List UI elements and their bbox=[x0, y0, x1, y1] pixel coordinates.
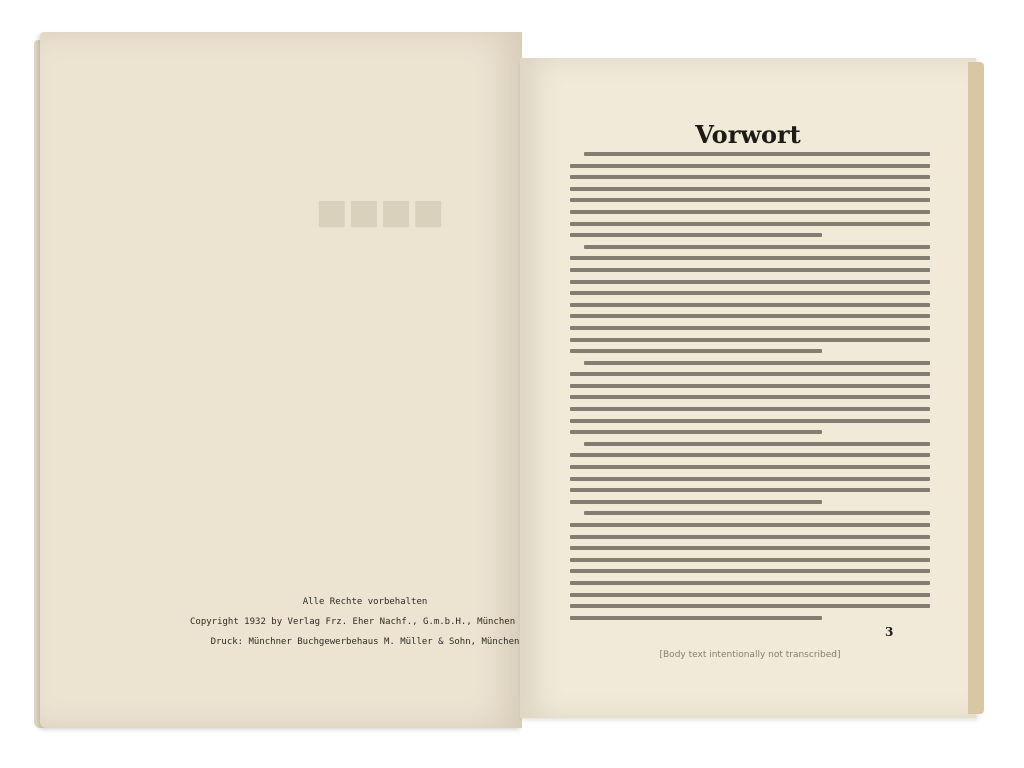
text-line bbox=[570, 500, 822, 504]
text-line bbox=[570, 303, 930, 307]
copyright-line: Copyright 1932 by Verlag Frz. Eher Nachf… bbox=[190, 617, 540, 627]
text-line bbox=[584, 245, 930, 249]
left-page: ■■■■ Alle Rechte vorbehalten Copyright 1… bbox=[40, 32, 522, 728]
text-line bbox=[570, 558, 930, 562]
text-line bbox=[570, 535, 930, 539]
text-line bbox=[570, 210, 930, 214]
text-line bbox=[570, 384, 930, 388]
text-line bbox=[584, 152, 930, 156]
text-line bbox=[570, 477, 930, 481]
text-line bbox=[570, 233, 822, 237]
text-line bbox=[570, 616, 822, 620]
text-line bbox=[570, 488, 930, 492]
imprint-block: Alle Rechte vorbehalten Copyright 1932 b… bbox=[190, 597, 540, 657]
text-line bbox=[570, 349, 822, 353]
text-line bbox=[570, 465, 930, 469]
text-line bbox=[584, 442, 930, 446]
text-line bbox=[570, 338, 930, 342]
text-line bbox=[570, 581, 930, 585]
bleed-through-title: ■■■■ bbox=[230, 192, 530, 232]
text-line bbox=[570, 407, 930, 411]
body-text-placeholder bbox=[570, 152, 930, 627]
text-line bbox=[570, 395, 930, 399]
page-heading: Vorwort bbox=[520, 120, 976, 149]
text-line bbox=[570, 198, 930, 202]
text-line bbox=[570, 314, 930, 318]
text-line bbox=[570, 164, 930, 168]
placeholder-note: [Body text intentionally not transcribed… bbox=[570, 650, 930, 660]
page-number: 3 bbox=[885, 625, 893, 639]
text-line bbox=[570, 419, 930, 423]
text-line bbox=[584, 511, 930, 515]
text-line bbox=[584, 361, 930, 365]
text-line bbox=[570, 256, 930, 260]
right-page-edge bbox=[968, 62, 984, 714]
text-line bbox=[570, 291, 930, 295]
text-line bbox=[570, 280, 930, 284]
text-line bbox=[570, 569, 930, 573]
text-line bbox=[570, 604, 930, 608]
text-line bbox=[570, 222, 930, 226]
text-line bbox=[570, 175, 930, 179]
text-line bbox=[570, 523, 930, 527]
printer-line: Druck: Münchner Buchgewerbehaus M. Mülle… bbox=[190, 637, 540, 647]
text-line bbox=[570, 593, 930, 597]
text-line bbox=[570, 187, 930, 191]
text-line bbox=[570, 546, 930, 550]
text-line bbox=[570, 453, 930, 457]
rights-line: Alle Rechte vorbehalten bbox=[190, 597, 540, 607]
text-line bbox=[570, 326, 930, 330]
text-line bbox=[570, 430, 822, 434]
text-line bbox=[570, 372, 930, 376]
text-line bbox=[570, 268, 930, 272]
